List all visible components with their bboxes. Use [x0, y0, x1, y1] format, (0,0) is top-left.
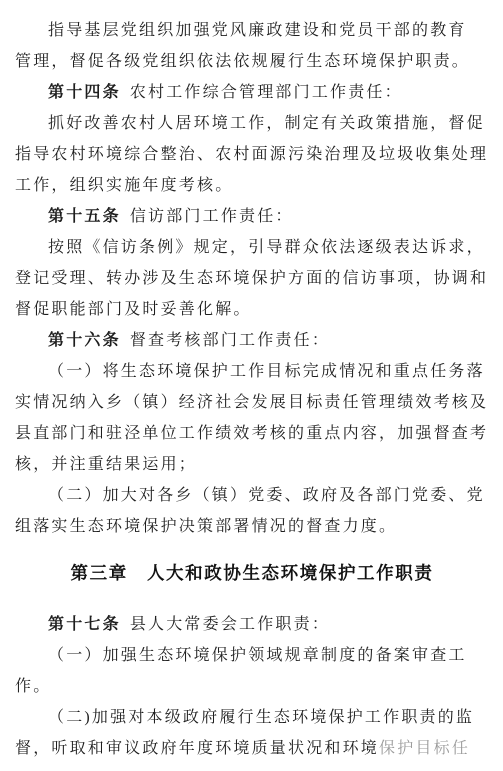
article-number: 第十七条	[48, 616, 121, 633]
line-text: 县人大常委会工作职责：	[130, 616, 330, 633]
line-text: 登记受理、转办涉及生态环境保护方面的信访事项，协调和	[15, 270, 488, 287]
text-line: （一）加强生态环境保护领域规章制度的备案审查工	[15, 640, 489, 671]
article-number: 第十六条	[48, 332, 121, 349]
text-line: 第十七条县人大常委会工作职责：	[15, 609, 489, 640]
line-text: 农村工作综合管理部门工作责任：	[130, 84, 403, 101]
body-text-bottom: 第十七条县人大常委会工作职责：（一）加强生态环境保护领域规章制度的备案审查工作。…	[15, 609, 489, 764]
document-page: 指导基层党组织加强党风廉政建设和党员干部的教育管理，督促各级党组织依法依规履行生…	[0, 0, 503, 771]
line-text: 按照《信访条例》规定，引导群众依法逐级表达诉求，	[48, 239, 485, 256]
line-text: 县直部门和驻泾单位工作绩效考核的重点内容，加强督查考	[15, 425, 488, 442]
line-text: 管理，督促各级党组织依法依规履行生态环境保护职责。	[15, 53, 470, 70]
line-text: 信访部门工作责任：	[130, 208, 294, 225]
line-text: 作。	[15, 678, 51, 695]
line-text: 督，听取和审议政府年度环境质量状况和环境	[15, 740, 379, 757]
text-line: 作。	[15, 671, 489, 702]
text-line: 督促职能部门及时妥善化解。	[15, 294, 489, 325]
text-line: （二）加大对各乡（镇）党委、政府及各部门党委、党	[15, 480, 489, 511]
text-line: 抓好改善农村人居环境工作，制定有关政策措施，督促	[15, 108, 489, 139]
text-line: （二)加强对本级政府履行生态环境保护工作职责的监	[15, 702, 489, 733]
line-text: 实情况纳入乡（镇）经济社会发展目标责任管理绩效考核及	[15, 394, 488, 411]
text-line: 指导农村环境综合整治、农村面源污染治理及垃圾收集处理	[15, 139, 489, 170]
text-line: 指导基层党组织加强党风廉政建设和党员干部的教育	[15, 15, 489, 46]
text-line: 按照《信访条例》规定，引导群众依法逐级表达诉求，	[15, 232, 489, 263]
line-text: 督促职能部门及时妥善化解。	[15, 301, 252, 318]
line-text: 工作，组织实施年度考核。	[15, 177, 233, 194]
line-text: 抓好改善农村人居环境工作，制定有关政策措施，督促	[48, 115, 485, 132]
text-line: 实情况纳入乡（镇）经济社会发展目标责任管理绩效考核及	[15, 387, 489, 418]
text-line: 组落实生态环境保护决策部署情况的督查力度。	[15, 511, 489, 542]
article-number: 第十五条	[48, 208, 121, 225]
text-line: 督，听取和审议政府年度环境质量状况和环境保护目标任	[15, 733, 489, 764]
text-line: 管理，督促各级党组织依法依规履行生态环境保护职责。	[15, 46, 489, 77]
article-number: 第十四条	[48, 84, 121, 101]
line-text: 指导基层党组织加强党风廉政建设和党员干部的教育	[48, 22, 467, 39]
text-line: 县直部门和驻泾单位工作绩效考核的重点内容，加强督查考	[15, 418, 489, 449]
line-text: 核，并注重结果运用；	[15, 456, 197, 473]
line-text: 督查考核部门工作责任：	[130, 332, 330, 349]
chapter-heading: 第三章 人大和政协生态环境保护工作职责	[15, 558, 489, 589]
line-text: 组落实生态环境保护决策部署情况的督查力度。	[15, 518, 397, 535]
body-text-top: 指导基层党组织加强党风廉政建设和党员干部的教育管理，督促各级党组织依法依规履行生…	[15, 15, 489, 542]
line-text: （二）加大对各乡（镇）党委、政府及各部门党委、党	[48, 487, 485, 504]
faded-line-text: 保护目标任	[379, 740, 470, 757]
text-line: 登记受理、转办涉及生态环境保护方面的信访事项，协调和	[15, 263, 489, 294]
text-line: 第十六条督查考核部门工作责任：	[15, 325, 489, 356]
text-line: （一）将生态环境保护工作目标完成情况和重点任务落	[15, 356, 489, 387]
line-text: 指导农村环境综合整治、农村面源污染治理及垃圾收集处理	[15, 146, 488, 163]
text-line: 工作，组织实施年度考核。	[15, 170, 489, 201]
text-line: 核，并注重结果运用；	[15, 449, 489, 480]
text-line: 第十四条农村工作综合管理部门工作责任：	[15, 77, 489, 108]
line-text: （一）将生态环境保护工作目标完成情况和重点任务落	[48, 363, 485, 380]
line-text: （一）加强生态环境保护领域规章制度的备案审查工	[48, 647, 467, 664]
line-text: （二)加强对本级政府履行生态环境保护工作职责的监	[48, 709, 474, 726]
text-line: 第十五条信访部门工作责任：	[15, 201, 489, 232]
